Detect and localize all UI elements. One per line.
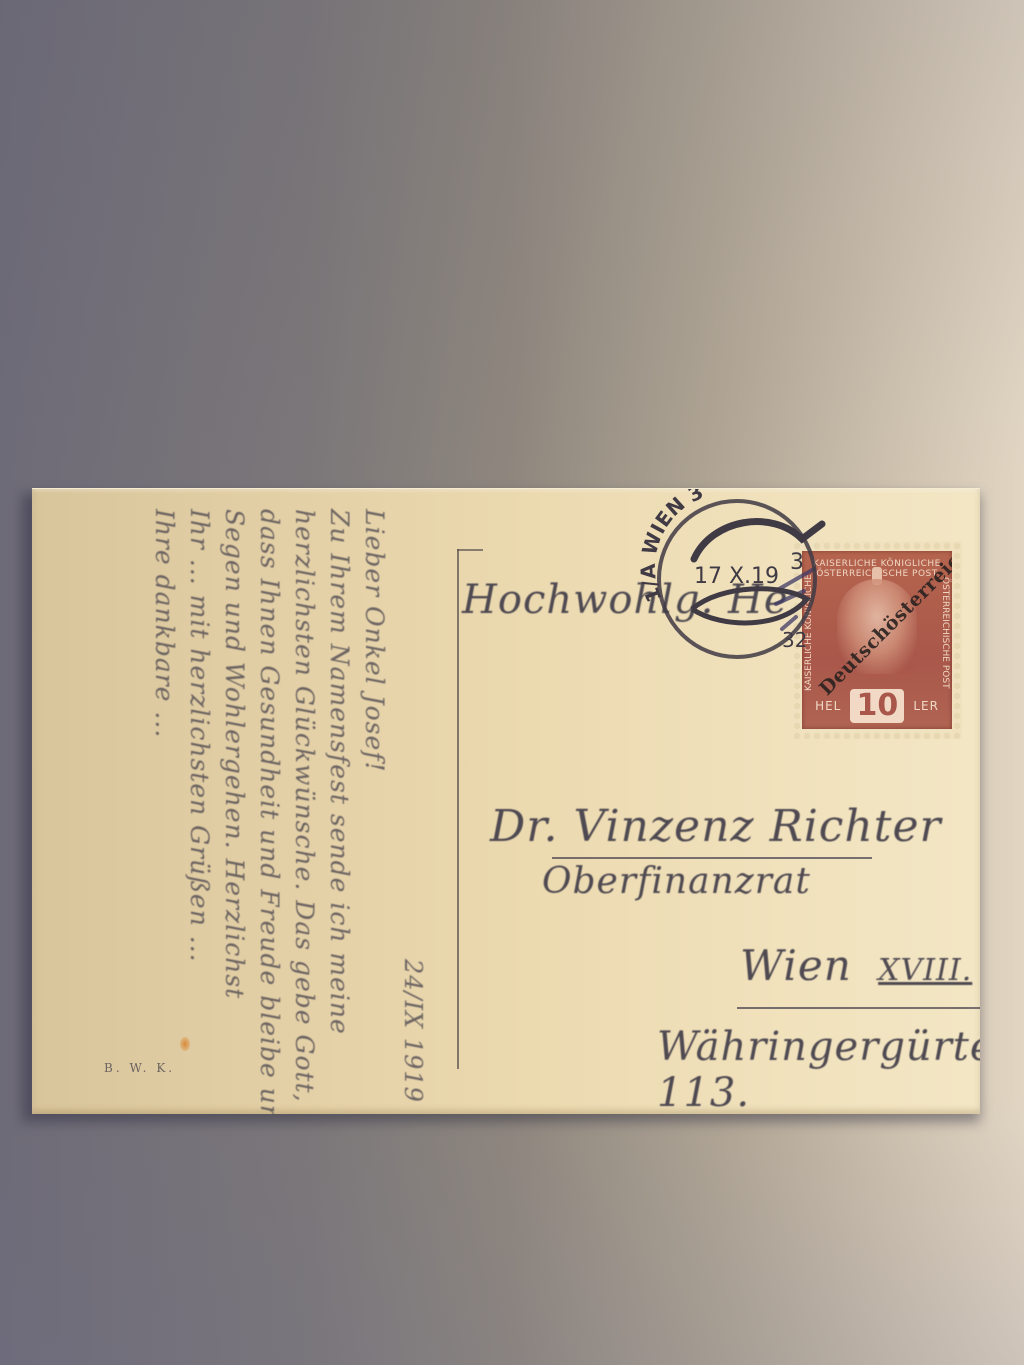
postmark-office: 32 — [782, 628, 807, 652]
stamp-value: 10 — [850, 689, 904, 723]
divider-hook — [457, 549, 483, 551]
recipient-street: Währingergürtel 113. — [657, 1024, 980, 1114]
publisher-mark: B. W. K. — [104, 1061, 175, 1075]
recipient-name: Dr. Vinzenz Richter — [490, 801, 942, 852]
recipient-district: XVIII. — [878, 953, 972, 988]
message-line: Ihr ... mit herzlichsten Grüßen ... — [182, 509, 217, 1069]
message-line: Segen und Wohlergehen. Herzlichst — [217, 509, 252, 1069]
postcard: Lieber Onkel Josef! Zu Ihrem Namensfest … — [32, 488, 980, 1114]
postmark-hour: 3 — [790, 550, 804, 575]
postmark: 1/A WIEN 3 17 X.19 3 32 — [632, 489, 832, 659]
postmark-date: 17 X.19 — [694, 564, 779, 589]
city-underline — [737, 1007, 980, 1009]
recipient-title: Oberfinanzrat — [542, 861, 811, 902]
message-line: Zu Ihrem Namensfest sende ich meine — [322, 509, 357, 1069]
stamp-unit-left: HEL — [815, 699, 841, 713]
message-date: 24/IX 1919 — [399, 959, 427, 1103]
message-line: herzlichsten Glückwünsche. Das gebe Gott… — [287, 509, 322, 1069]
message-line: dass Ihnen Gesundheit und Freude bleibe … — [252, 509, 287, 1069]
message-text: Lieber Onkel Josef! Zu Ihrem Namensfest … — [32, 509, 392, 1069]
recipient-city: Wien — [740, 941, 852, 990]
divider-line — [457, 549, 459, 1069]
message-line: Ihre dankbare ... — [147, 509, 182, 1069]
message-line: Lieber Onkel Josef! — [357, 509, 392, 1069]
recipient-city-line: Wien XVIII. — [740, 941, 972, 990]
name-underline — [552, 857, 872, 859]
stamp-unit-right: LER — [913, 699, 939, 713]
